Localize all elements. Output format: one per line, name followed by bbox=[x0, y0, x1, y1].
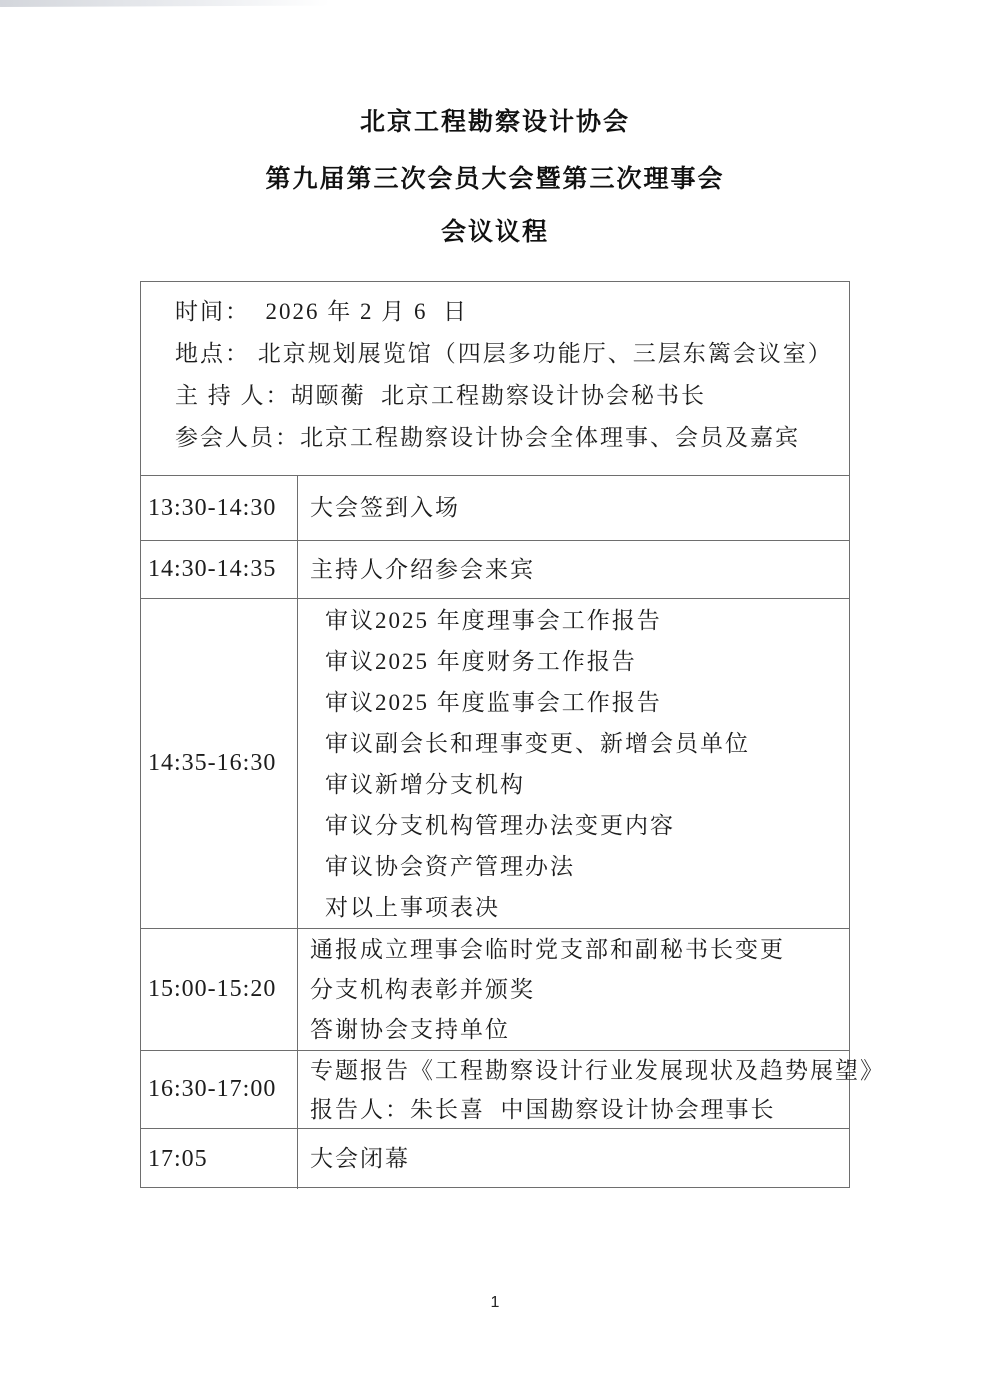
agenda-item: 审议2025 年度财务工作报告 bbox=[298, 641, 849, 682]
scan-artifact bbox=[0, 0, 330, 7]
agenda-row: 14:35-16:30审议2025 年度理事会工作报告审议2025 年度财务工作… bbox=[141, 599, 849, 929]
meeting-location-label: 地点： bbox=[175, 341, 250, 366]
agenda-content-cell: 主持人介绍参会来宾 bbox=[298, 541, 849, 598]
meeting-time-line: 时间： 2026 年 2 月 6 日 bbox=[175, 291, 843, 333]
agenda-item: 审议2025 年度监事会工作报告 bbox=[298, 682, 849, 723]
agenda-item: 审议副会长和理事变更、新增会员单位 bbox=[298, 723, 849, 764]
agenda-item: 通报成立理事会临时党支部和副秘书长变更 bbox=[298, 930, 849, 970]
meeting-time-label: 时间： bbox=[175, 299, 250, 324]
agenda-item: 大会签到入场 bbox=[298, 488, 849, 528]
agenda-row: 16:30-17:00专题报告《工程勘察设计行业发展现状及趋势展望》报告人：朱长… bbox=[141, 1051, 849, 1129]
meeting-time-value: 2026 年 2 月 6 日 bbox=[250, 299, 468, 324]
agenda-time-cell: 17:05 bbox=[141, 1129, 298, 1189]
agenda-item: 大会闭幕 bbox=[298, 1139, 849, 1179]
agenda-content-cell: 大会闭幕 bbox=[298, 1129, 849, 1189]
meeting-host-value: 胡颐蘅 北京工程勘察设计协会秘书长 bbox=[291, 383, 707, 408]
agenda-content-cell: 通报成立理事会临时党支部和副秘书长变更分支机构表彰并颁奖答谢协会支持单位 bbox=[298, 929, 849, 1050]
agenda-time-cell: 15:00-15:20 bbox=[141, 929, 298, 1050]
meeting-location-value: 北京规划展览馆（四层多功能厅、三层东篱会议室） bbox=[250, 341, 833, 366]
page-title-meeting: 第九届第三次会员大会暨第三次理事会 bbox=[0, 159, 990, 195]
meeting-location-line: 地点： 北京规划展览馆（四层多功能厅、三层东篱会议室） bbox=[175, 333, 843, 375]
agenda-item: 答谢协会支持单位 bbox=[298, 1010, 849, 1050]
agenda-item: 主持人介绍参会来宾 bbox=[298, 550, 849, 590]
meeting-participants-value: 北京工程勘察设计协会全体理事、会员及嘉宾 bbox=[300, 425, 800, 450]
document-page: 北京工程勘察设计协会 第九届第三次会员大会暨第三次理事会 会议议程 时间： 20… bbox=[0, 0, 990, 1399]
agenda-item: 对以上事项表决 bbox=[298, 887, 849, 928]
page-title-agenda: 会议议程 bbox=[0, 212, 990, 248]
agenda-time-cell: 14:30-14:35 bbox=[141, 541, 298, 598]
page-number: 1 bbox=[0, 1294, 990, 1312]
agenda-row: 13:30-14:30大会签到入场 bbox=[141, 476, 849, 541]
agenda-content-cell: 大会签到入场 bbox=[298, 476, 849, 540]
agenda-item: 审议分支机构管理办法变更内容 bbox=[298, 805, 849, 846]
agenda-table: 时间： 2026 年 2 月 6 日 地点： 北京规划展览馆（四层多功能厅、三层… bbox=[140, 281, 850, 1188]
agenda-item: 审议新增分支机构 bbox=[298, 764, 849, 805]
page-title-organization: 北京工程勘察设计协会 bbox=[0, 102, 990, 138]
agenda-row: 17:05大会闭幕 bbox=[141, 1129, 849, 1189]
agenda-item: 报告人：朱长喜 中国勘察设计协会理事长 bbox=[298, 1090, 885, 1129]
agenda-item: 分支机构表彰并颁奖 bbox=[298, 970, 849, 1010]
agenda-time-cell: 14:35-16:30 bbox=[141, 599, 298, 928]
agenda-content-cell: 专题报告《工程勘察设计行业发展现状及趋势展望》报告人：朱长喜 中国勘察设计协会理… bbox=[298, 1051, 885, 1128]
agenda-time-cell: 16:30-17:00 bbox=[141, 1051, 298, 1128]
meeting-host-label: 主 持 人： bbox=[175, 383, 291, 408]
meeting-participants-label: 参会人员： bbox=[175, 425, 300, 450]
agenda-rows: 13:30-14:30大会签到入场14:30-14:35主持人介绍参会来宾14:… bbox=[141, 476, 849, 1189]
agenda-time-cell: 13:30-14:30 bbox=[141, 476, 298, 540]
agenda-row: 15:00-15:20通报成立理事会临时党支部和副秘书长变更分支机构表彰并颁奖答… bbox=[141, 929, 849, 1051]
agenda-row: 14:30-14:35主持人介绍参会来宾 bbox=[141, 541, 849, 599]
agenda-item: 审议2025 年度理事会工作报告 bbox=[298, 600, 849, 641]
meeting-info-cell: 时间： 2026 年 2 月 6 日 地点： 北京规划展览馆（四层多功能厅、三层… bbox=[141, 282, 849, 476]
meeting-host-line: 主 持 人：胡颐蘅 北京工程勘察设计协会秘书长 bbox=[175, 375, 843, 417]
agenda-item: 审议协会资产管理办法 bbox=[298, 846, 849, 887]
agenda-item: 专题报告《工程勘察设计行业发展现状及趋势展望》 bbox=[298, 1051, 885, 1090]
agenda-content-cell: 审议2025 年度理事会工作报告审议2025 年度财务工作报告审议2025 年度… bbox=[298, 599, 849, 928]
meeting-participants-line: 参会人员：北京工程勘察设计协会全体理事、会员及嘉宾 bbox=[175, 417, 843, 459]
